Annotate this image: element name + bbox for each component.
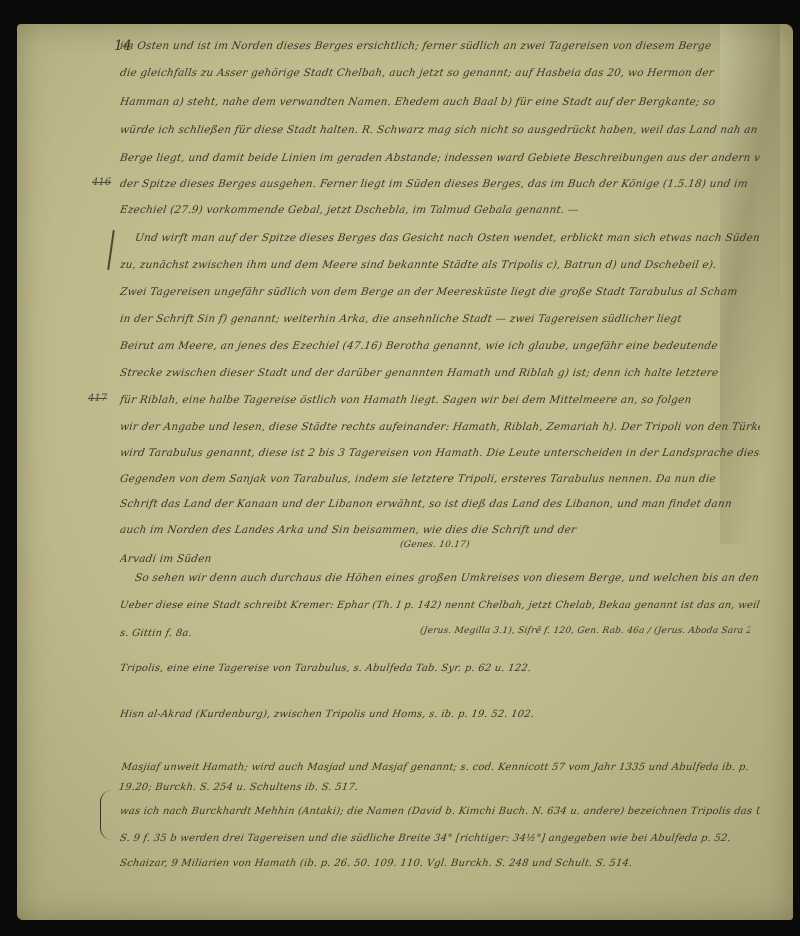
footnote-e: Masjiaf unweit Hamath; wird auch Masjad … — [117, 758, 763, 798]
text-line: die gleichfalls zu Asser gehörige Stadt … — [119, 67, 761, 79]
text-line: der Spitze dieses Berges ausgehen. Ferne… — [119, 178, 761, 190]
text-line: So sehen wir denn auch durchaus die Höhe… — [134, 572, 776, 584]
footnote-h: Schaizar, 9 Miliarien von Hamath (ib. p.… — [119, 858, 761, 869]
bible-reference: (Genes. 10.17) — [399, 540, 520, 550]
footnote-brace — [100, 790, 115, 840]
text-line: würde ich schließen für diese Stadt halt… — [119, 124, 761, 136]
text-line: Strecke zwischen dieser Stadt und der da… — [119, 367, 761, 379]
text-line: Arvadi im Süden — [119, 553, 321, 565]
text-line: wird Tarabulus genannt, diese ist 2 bis … — [119, 447, 761, 459]
footnote-c: Tripolis, eine eine Tagereise von Tarabu… — [119, 663, 761, 674]
footnote-a: Ueber diese eine Stadt schreibt Kremer: … — [119, 600, 761, 611]
footnote-d: Hisn al-Akrad (Kurdenburg), zwischen Tri… — [119, 709, 761, 720]
text-line: Beirut am Meere, an jenes des Ezechiel (… — [119, 340, 761, 352]
text-line: Gegenden von dem Sanjak von Tarabulus, i… — [119, 473, 761, 485]
margin-note: 416 — [92, 177, 111, 188]
text-line: Ezechiel (27.9) vorkommende Gebal, jetzt… — [119, 204, 761, 216]
margin-note: 417 — [88, 393, 107, 404]
text-line: Hamman a) steht, nahe dem verwandten Nam… — [119, 96, 761, 108]
text-line: Schrift das Land der Kanaan und der Liba… — [119, 498, 761, 510]
text-line: auch im Norden des Landes Arka und Sin b… — [119, 524, 681, 536]
text-line: im Osten und ist im Norden dieses Berges… — [119, 40, 761, 52]
footnote-b-refs: (Jerus. Megilla 3.1), Sifrê f. 120, Gen.… — [419, 626, 750, 636]
text-line: Zwei Tagereisen ungefähr südlich von dem… — [119, 286, 761, 298]
text-line: Und wirft man auf der Spitze dieses Berg… — [134, 232, 776, 244]
footnote-g: S. 9 f. 35 b werden drei Tagereisen und … — [119, 833, 761, 844]
text-line: für Riblah, eine halbe Tagereise östlich… — [119, 394, 761, 406]
text-line: Berge liegt, und damit beide Linien im g… — [119, 152, 761, 164]
text-line: in der Schrift Sin f) genannt; weiterhin… — [119, 313, 761, 325]
footnote-b: s. Gittin f. 8a. — [119, 628, 321, 639]
footnote-f: was ich nach Burckhardt Mehhin (Antaki);… — [119, 806, 761, 817]
text-line: zu, zunächst zwischen ihm und dem Meere … — [119, 259, 761, 271]
text-line: wir der Angabe und lesen, diese Städte r… — [119, 421, 761, 433]
